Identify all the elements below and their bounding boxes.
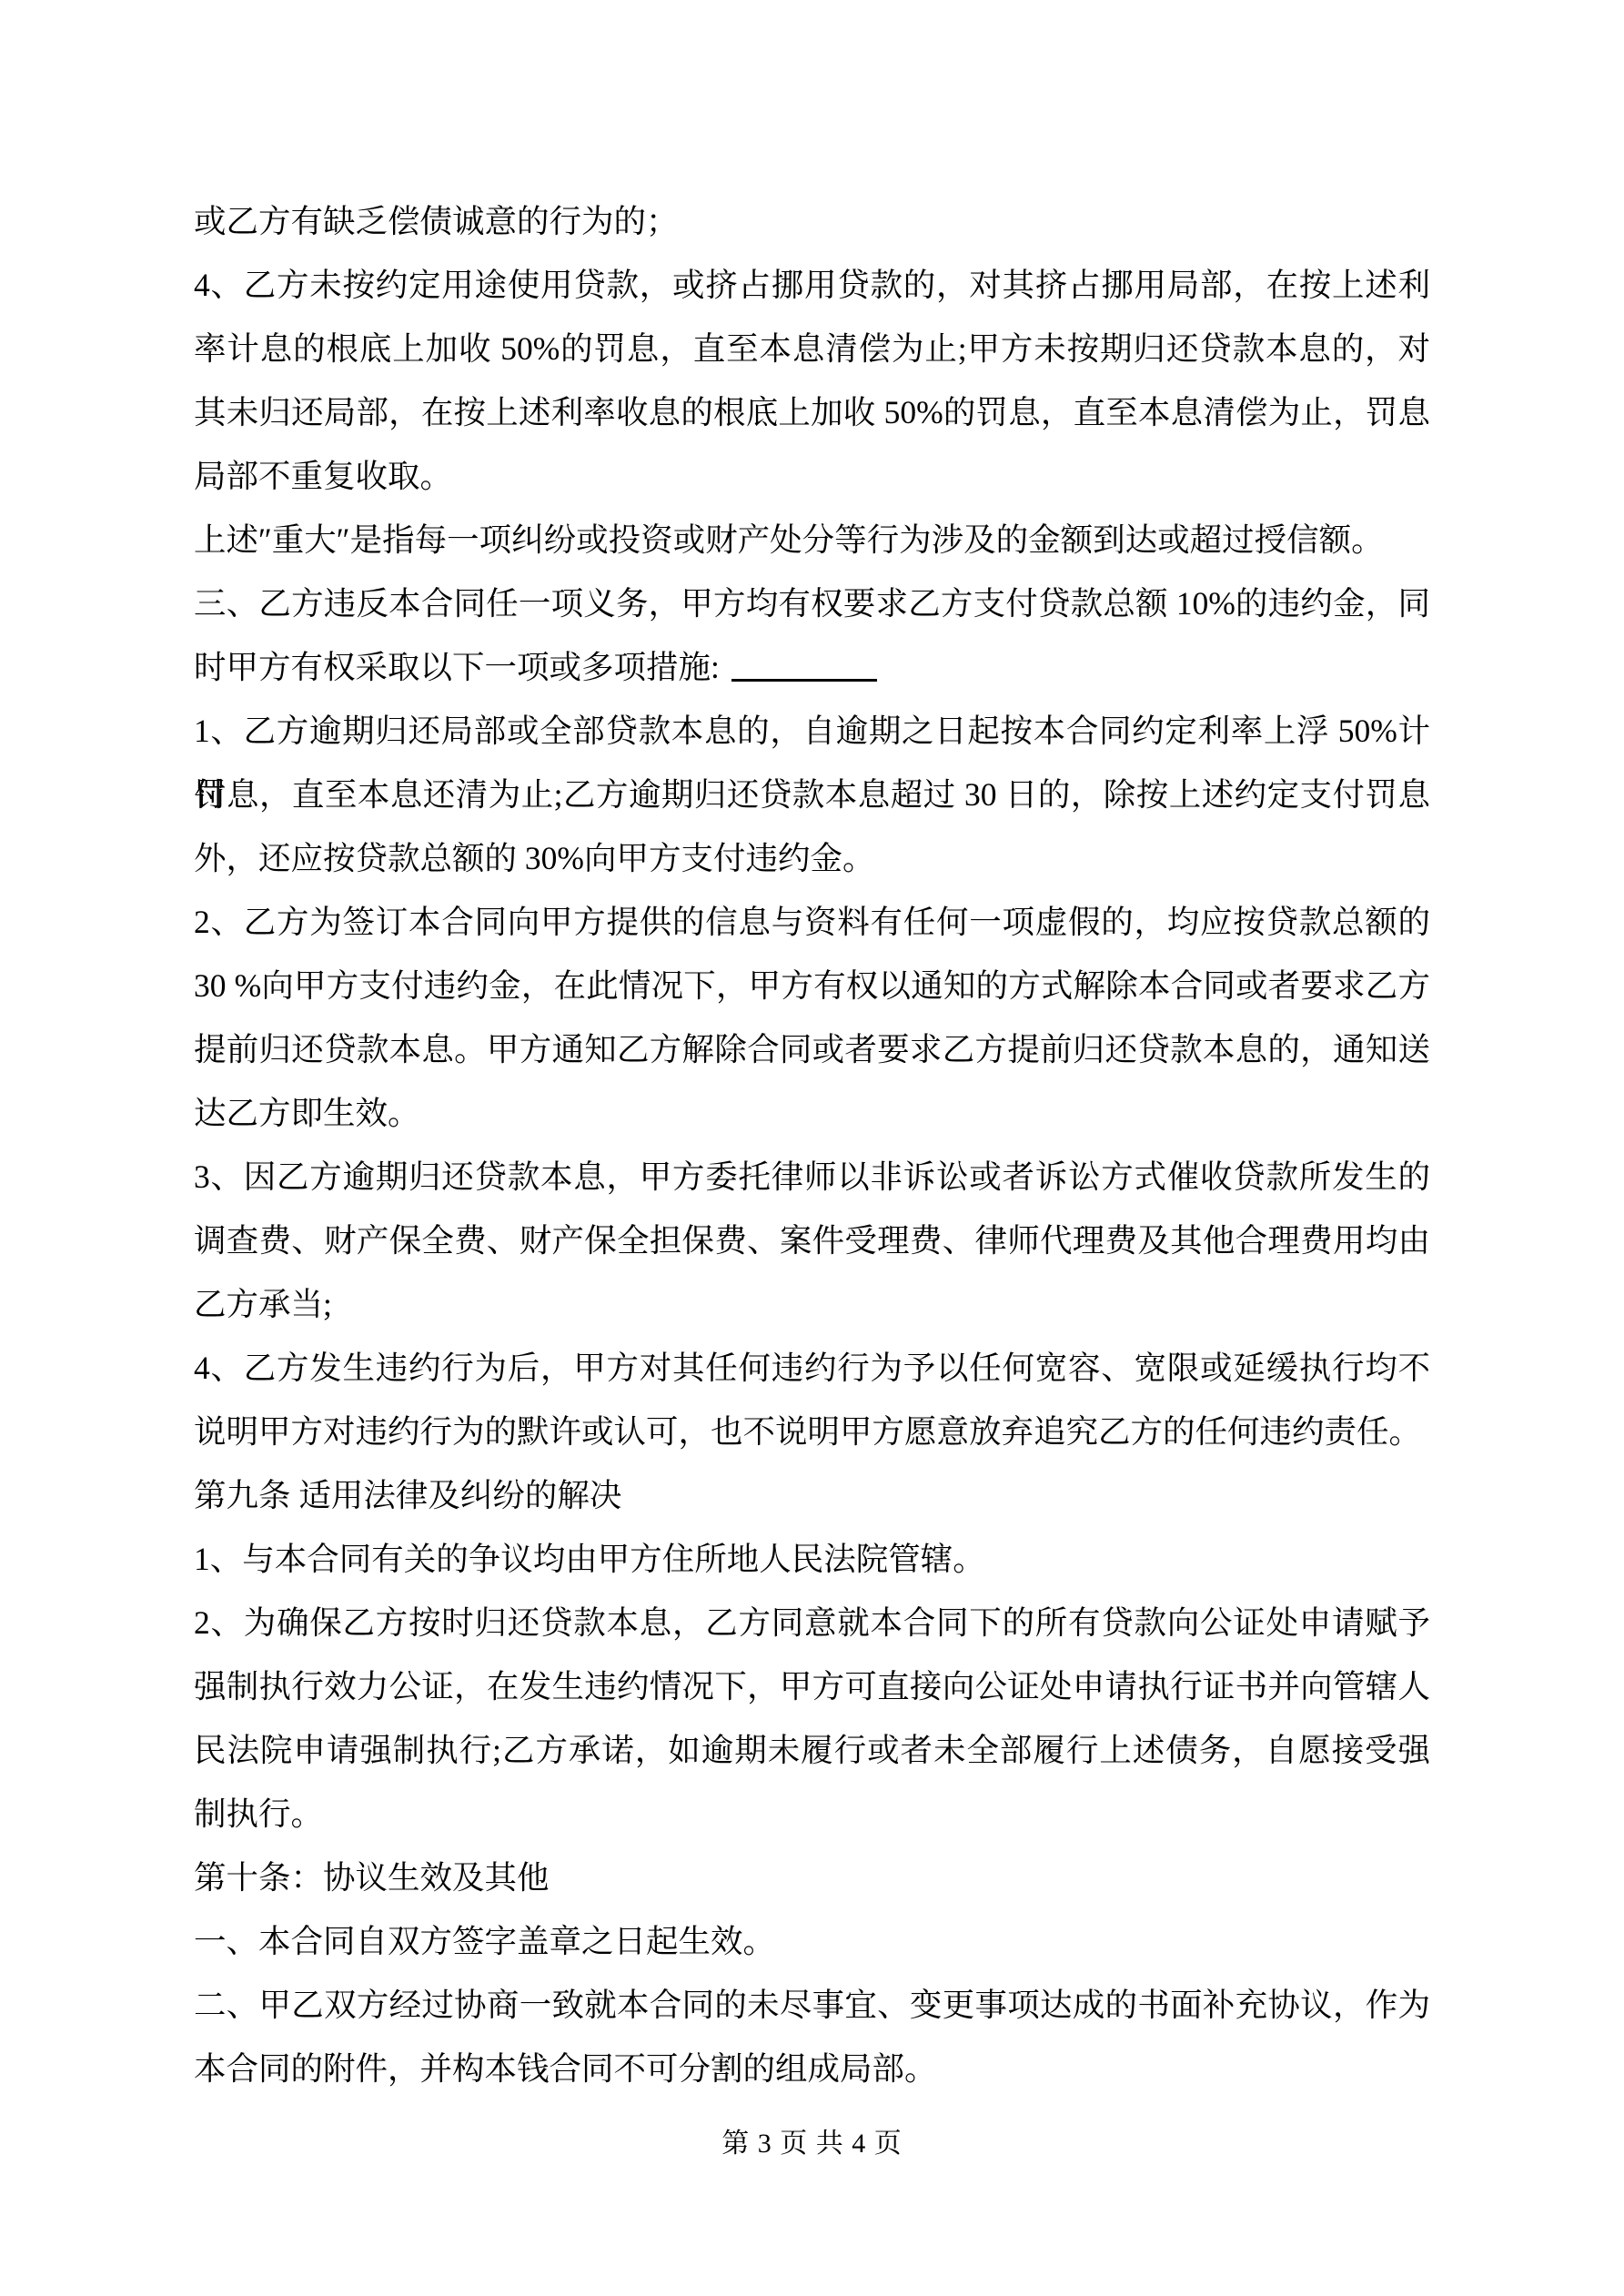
- contract-line: 制执行。: [194, 1782, 1430, 1846]
- contract-line: 时甲方有权采取以下一项或多项措施:: [194, 635, 1430, 699]
- contract-line: 提前归还贷款本息。甲方通知乙方解除合同或者要求乙方提前归还贷款本息的，通知送: [194, 1017, 1430, 1081]
- contract-line: 1、乙方逾期归还局部或全部贷款本息的，自逾期之日起按本合同约定利率上浮 50%计…: [194, 699, 1430, 763]
- contract-line: 第九条 适用法律及纠纷的解决: [194, 1463, 1430, 1527]
- contract-line: 说明甲方对违约行为的默许或认可，也不说明甲方愿意放弃追究乙方的任何违约责任。: [194, 1400, 1430, 1463]
- contract-line: 乙方承当;: [194, 1272, 1430, 1336]
- contract-line: 调查费、财产保全费、财产保全担保费、案件受理费、律师代理费及其他合理费用均由: [194, 1209, 1430, 1272]
- contract-line: 三、乙方违反本合同任一项义务，甲方均有权要求乙方支付贷款总额 10%的违约金，同: [194, 571, 1430, 635]
- contract-page: 或乙方有缺乏偿债诚意的行为的；4、乙方未按约定用途使用贷款，或挤占挪用贷款的，对…: [0, 0, 1624, 2296]
- document-body: 或乙方有缺乏偿债诚意的行为的；4、乙方未按约定用途使用贷款，或挤占挪用贷款的，对…: [194, 189, 1430, 2100]
- contract-line: 2、乙方为签订本合同向甲方提供的信息与资料有任何一项虚假的，均应按贷款总额的: [194, 890, 1430, 954]
- contract-line: 一、本合同自双方签字盖章之日起生效。: [194, 1909, 1430, 1973]
- contract-line: 其未归还局部，在按上述利率收息的根底上加收 50%的罚息，直至本息清偿为止，罚息: [194, 380, 1430, 444]
- contract-line: 30 %向甲方支付违约金，在此情况下，甲方有权以通知的方式解除本合同或者要求乙方: [194, 954, 1430, 1017]
- contract-line: 外，还应按贷款总额的 30%向甲方支付违约金。: [194, 826, 1430, 890]
- contract-line: 3、因乙方逾期归还贷款本息，甲方委托律师以非诉讼或者诉讼方式催收贷款所发生的: [194, 1145, 1430, 1209]
- contract-line: 二、甲乙双方经过协商一致就本合同的未尽事宜、变更事项达成的书面补充协议，作为: [194, 1973, 1430, 2037]
- contract-line: 罚息，直至本息还清为止;乙方逾期归还贷款本息超过 30 日的，除按上述约定支付罚…: [194, 763, 1430, 826]
- contract-line: 强制执行效力公证，在发生违约情况下，甲方可直接向公证处申请执行证书并向管辖人: [194, 1654, 1430, 1718]
- contract-line: 达乙方即生效。: [194, 1081, 1430, 1145]
- contract-line: 4、乙方未按约定用途使用贷款，或挤占挪用贷款的，对其挤占挪用局部，在按上述利: [194, 253, 1430, 317]
- contract-line: 率计息的根底上加收 50%的罚息，直至本息清偿为止;甲方未按期归还贷款本息的，对: [194, 317, 1430, 380]
- fill-in-blank-line: [731, 650, 877, 682]
- contract-line: 上述″重大″是指每一项纠纷或投资或财产处分等行为涉及的金额到达或超过授信额。: [194, 508, 1430, 571]
- contract-line: 局部不重复收取。: [194, 444, 1430, 508]
- contract-line: 或乙方有缺乏偿债诚意的行为的；: [194, 189, 1430, 253]
- contract-line: 民法院申请强制执行;乙方承诺，如逾期未履行或者未全部履行上述债务，自愿接受强: [194, 1718, 1430, 1782]
- contract-line: 4、乙方发生违约行为后，甲方对其任何违约行为予以任何宽容、宽限或延缓执行均不: [194, 1336, 1430, 1400]
- contract-line: 2、为确保乙方按时归还贷款本息，乙方同意就本合同下的所有贷款向公证处申请赋予: [194, 1591, 1430, 1654]
- contract-line: 本合同的附件，并构本钱合同不可分割的组成局部。: [194, 2037, 1430, 2100]
- contract-line: 1、与本合同有关的争议均由甲方住所地人民法院管辖。: [194, 1527, 1430, 1591]
- contract-line: 第十条：协议生效及其他: [194, 1846, 1430, 1909]
- page-number-footer: 第 3 页 共 4 页: [0, 2122, 1624, 2166]
